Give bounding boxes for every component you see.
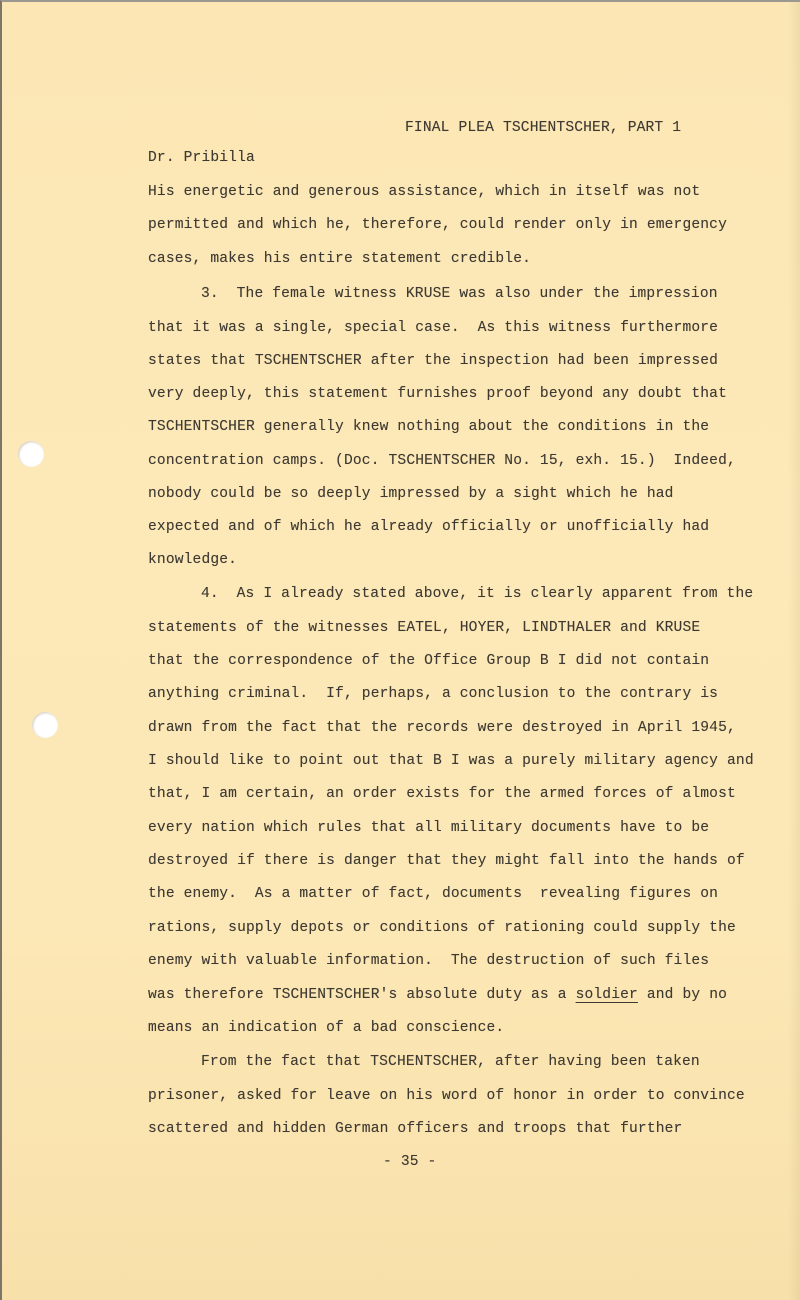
text-line: From the fact that TSCHENTSCHER, after h… [201,1054,700,1070]
text-line: His energetic and generous assistance, w… [148,184,700,200]
document-page: FINAL PLEA TSCHENTSCHER, PART 1 Dr. Prib… [0,0,800,1300]
text-line: 4. As I already stated above, it is clea… [201,586,753,602]
text-line: destroyed if there is danger that they m… [148,853,745,869]
underlined-word: soldier [576,987,638,1003]
text-line: enemy with valuable information. The des… [148,953,709,969]
text-line: drawn from the fact that the records wer… [148,720,736,736]
text-line: that, I am certain, an order exists for … [148,786,736,802]
text-line: that it was a single, special case. As t… [148,320,718,336]
text-line-with-underline: was therefore TSCHENTSCHER's absolute du… [148,987,727,1003]
author-name: Dr. Pribilla [148,150,255,166]
text-line: that the correspondence of the Office Gr… [148,653,709,669]
text-line: concentration camps. (Doc. TSCHENTSCHER … [148,453,736,469]
punch-hole-upper [18,441,44,467]
text-line: TSCHENTSCHER generally knew nothing abou… [148,419,709,435]
text-line: knowledge. [148,552,237,568]
text-line: permitted and which he, therefore, could… [148,217,727,233]
document-header: FINAL PLEA TSCHENTSCHER, PART 1 [405,120,681,136]
text-line: states that TSCHENTSCHER after the inspe… [148,353,718,369]
text-line: anything criminal. If, perhaps, a conclu… [148,686,718,702]
text-line: every nation which rules that all milita… [148,820,709,836]
text-line: the enemy. As a matter of fact, document… [148,886,718,902]
text-line: very deeply, this statement furnishes pr… [148,386,727,402]
text-line: prisoner, asked for leave on his word of… [148,1088,745,1104]
page-number: - 35 - [383,1154,436,1170]
text-segment: was therefore TSCHENTSCHER's absolute du… [148,987,576,1003]
text-line: 3. The female witness KRUSE was also und… [201,286,718,302]
text-line: rations, supply depots or conditions of … [148,920,736,936]
text-line: scattered and hidden German officers and… [148,1121,682,1137]
punch-hole-lower [32,712,58,738]
text-line: statements of the witnesses EATEL, HOYER… [148,620,700,636]
text-segment: and by no [638,987,727,1003]
text-line: cases, makes his entire statement credib… [148,251,531,267]
text-line: means an indication of a bad conscience. [148,1020,504,1036]
text-line: I should like to point out that B I was … [148,753,754,769]
text-line: nobody could be so deeply impressed by a… [148,486,674,502]
text-line: expected and of which he already officia… [148,519,709,535]
